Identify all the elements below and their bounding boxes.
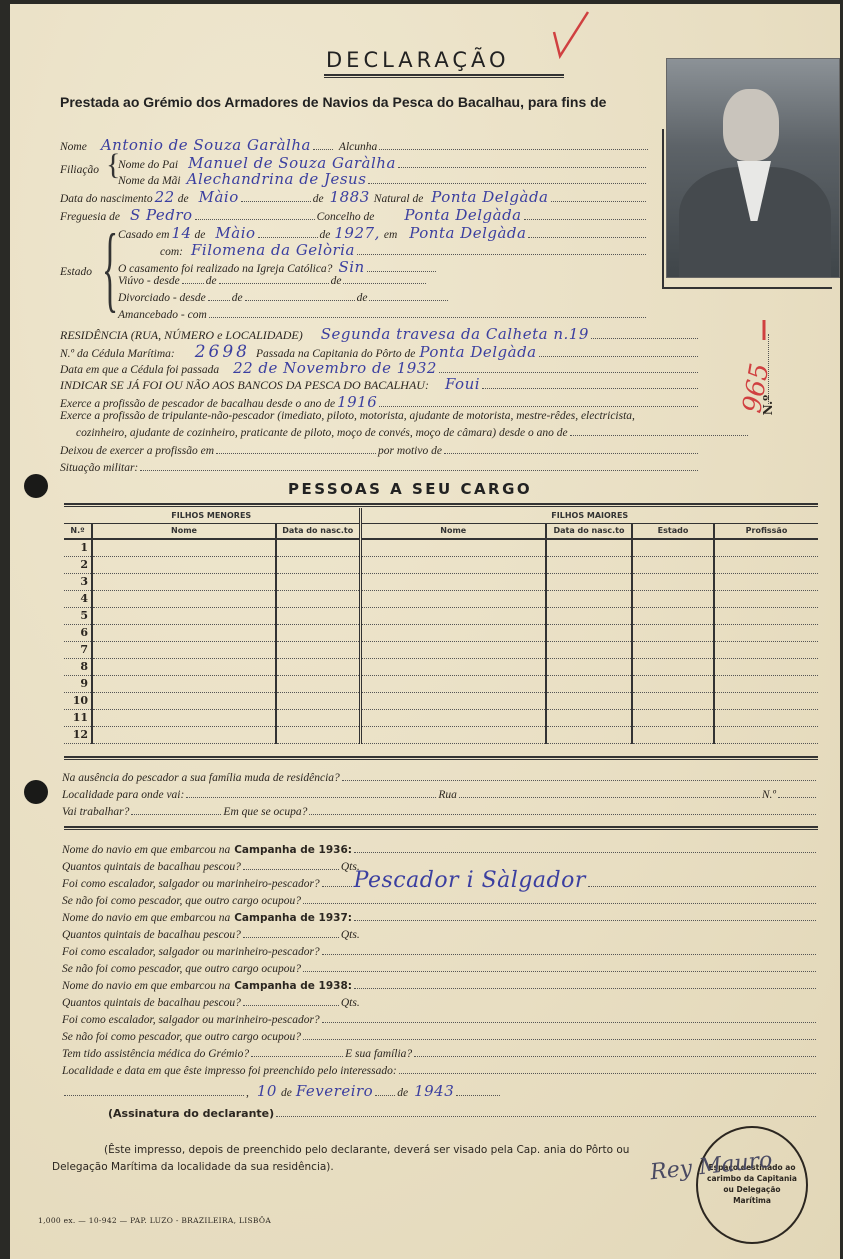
section-title-cargo: PESSOAS A SEU CARGO — [288, 480, 532, 498]
igreja-row: O casamento foi realizado na Igreja Cató… — [118, 258, 438, 276]
declaration-form: DECLARAÇÃO Prestada ao Grémio dos Armado… — [10, 4, 840, 1259]
campanha-1938-funcao-row: Foi como escalador, salgador ou marinhei… — [62, 1014, 818, 1026]
tripulante-row-1: Exerce a profissão de tripulante-não-pes… — [60, 410, 750, 422]
signature-field[interactable] — [276, 1116, 816, 1117]
trabalhar-row: Vai trabalhar? Em que se ocupa? — [62, 806, 818, 818]
table-row: 11 — [64, 709, 818, 726]
table-row: 8 — [64, 658, 818, 675]
punch-hole — [24, 474, 48, 498]
localidade-row: Localidade para onde vai: Rua N.º — [62, 789, 818, 801]
table-row: 4 — [64, 590, 818, 607]
table-row: 3 — [64, 573, 818, 590]
printer-imprint: 1,000 ex. — 10-942 — PAP. LUZO - BRAZILE… — [38, 1216, 271, 1225]
campanha-1936-outro-row: Se não foi como pescador, que outro carg… — [62, 895, 818, 907]
campanha-1938-outro-row: Se não foi como pescador, que outro carg… — [62, 1031, 818, 1043]
pescador-ano-row: Exerce a profissão de pescador de bacalh… — [60, 393, 700, 411]
red-check-mark-icon — [544, 10, 594, 60]
nascimento-row: Data do nascimento 22 de Màio de 1883 Na… — [60, 188, 648, 206]
table-row: 7 — [64, 641, 818, 658]
campanha-1937-funcao-row: Foi como escalador, salgador ou marinhei… — [62, 946, 818, 958]
document-subtitle: Prestada ao Grémio dos Armadores de Navi… — [60, 94, 606, 110]
campanha-1936-funcao-row: Foi como escalador, salgador ou marinhei… — [62, 878, 818, 893]
militar-row: Situação militar: — [60, 462, 700, 474]
assinatura-row: (Assinatura do declarante) — [108, 1107, 818, 1120]
table-row: 6 — [64, 624, 818, 641]
punch-hole — [24, 780, 48, 804]
campanha-1937-outro-row: Se não foi como pescador, que outro carg… — [62, 963, 818, 975]
mae-row: Nome da Mãi Alechandrina de Jesus — [118, 170, 648, 188]
residencia-row: RESIDÊNCIA (RUA, NÚMERO e LOCALIDADE) Se… — [60, 325, 700, 343]
table-row: 12 — [64, 726, 818, 743]
campanha-1938-navio-row: Nome do navio em que embarcou naCampanha… — [62, 980, 818, 992]
portrait-photo — [666, 58, 840, 278]
campanha-1937-quintais-row: Quantos quintais de bacalhau pescou?Qts. — [62, 929, 818, 941]
assistencia-row: Tem tido assistência médica do Grémio? E… — [62, 1048, 818, 1060]
nome-value[interactable]: Antonio de Souza Garàlha — [101, 136, 311, 154]
campanha-1936-navio-row: Nome do navio em que embarcou naCampanha… — [62, 844, 818, 856]
amancebado-row: Amancebado - com — [118, 309, 648, 321]
tripulante-row-2: cozinheiro, ajudante de cozinheiro, prat… — [76, 427, 750, 439]
table-row: 10 — [64, 692, 818, 709]
table-row: 9 — [64, 675, 818, 692]
preenchimento-row: Localidade e data em que êste impresso f… — [62, 1065, 818, 1077]
viuvo-row: Viúvo - desde de de — [118, 275, 428, 287]
campanha-1938-quintais-row: Quantos quintais de bacalhau pescou?Qts. — [62, 997, 818, 1009]
conjuge-row: com: Filomena da Gelòria — [160, 241, 648, 259]
footer-note: (Êste impresso, depois de preenchido pel… — [52, 1142, 692, 1176]
table-row: 5 — [64, 607, 818, 624]
table-row: 2 — [64, 556, 818, 573]
alcunha-field[interactable] — [379, 149, 648, 150]
table-row: 1 — [64, 539, 818, 556]
freguesia-row: Freguesia de S Pedro Concelho de Ponta D… — [60, 206, 648, 224]
registration-number-label: N.º — [761, 395, 775, 415]
preenchimento-data-row: , 10 de Fevereiro de 1943 — [62, 1082, 502, 1100]
mae-value[interactable]: Alechandrina de Jesus — [187, 170, 367, 188]
dependents-table: FILHOS MENORES FILHOS MAIORES N.º Nome D… — [64, 508, 818, 744]
familia-muda-row: Na ausência do pescador a sua família mu… — [62, 772, 818, 784]
casado-row: Casado em 14 de Màio de 1927, em Ponta D… — [118, 224, 648, 242]
title-underline — [324, 74, 564, 78]
document-title: DECLARAÇÃO — [326, 48, 510, 72]
divorciado-row: Divorciado - desde de de — [118, 292, 450, 304]
nome-row: Nome Antonio de Souza Garàlha Alcunha — [60, 136, 650, 154]
campanha-1937-navio-row: Nome do navio em que embarcou naCampanha… — [62, 912, 818, 924]
deixou-row: Deixou de exercer a profissão em por mot… — [60, 445, 700, 457]
bancos-row: INDICAR SE JÁ FOI OU NÃO AOS BANCOS DA P… — [60, 375, 700, 393]
